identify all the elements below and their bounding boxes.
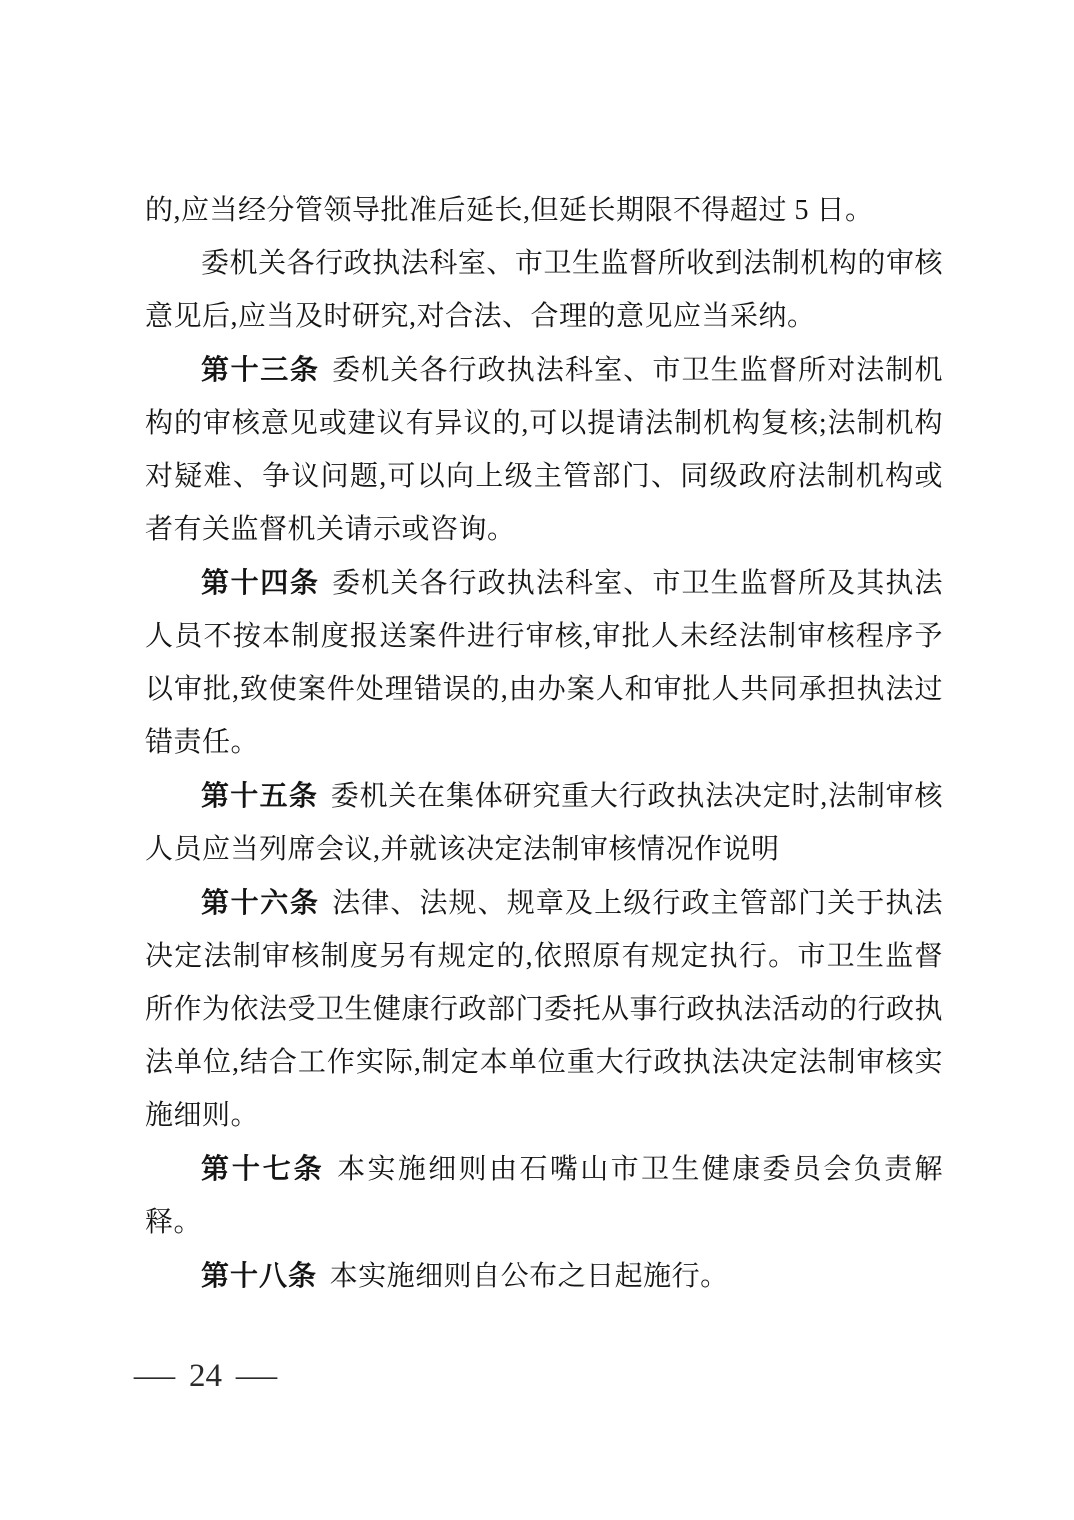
article-14-label: 第十四条	[201, 567, 319, 598]
article-13-label: 第十三条	[201, 354, 319, 385]
article-18-paragraph: 第十八条本实施细则自公布之日起施行。	[145, 1249, 943, 1303]
paragraph-continuation: 的,应当经分管领导批准后延长,但延长期限不得超过 5 日。	[145, 184, 943, 237]
article-17-paragraph: 第十七条本实施细则由石嘴山市卫生健康委员会负责解释。	[145, 1142, 943, 1249]
paragraph-text: 法律、法规、规章及上级行政主管部门关于执法决定法制审核制度另有规定的,依照原有规…	[145, 888, 943, 1131]
page-footer: — 24 —	[138, 1352, 273, 1400]
paragraph-text: 本实施细则自公布之日起施行。	[330, 1261, 729, 1292]
article-16-paragraph: 第十六条法律、法规、规章及上级行政主管部门关于执法决定法制审核制度另有规定的,依…	[145, 876, 943, 1142]
page-number: 24	[189, 1352, 222, 1400]
paragraph: 委机关各行政执法科室、市卫生监督所收到法制机构的审核意见后,应当及时研究,对合法…	[145, 237, 943, 343]
article-13-paragraph: 第十三条委机关各行政执法科室、市卫生监督所对法制机构的审核意见或建议有异议的,可…	[145, 343, 943, 556]
article-17-label: 第十七条	[201, 1153, 325, 1184]
footer-dash-left: —	[134, 1352, 175, 1400]
document-text-block: 的,应当经分管领导批准后延长,但延长期限不得超过 5 日。 委机关各行政执法科室…	[145, 184, 943, 1303]
article-14-paragraph: 第十四条委机关各行政执法科室、市卫生监督所及其执法人员不按本制度报送案件进行审核…	[145, 556, 943, 769]
article-15-label: 第十五条	[201, 780, 318, 811]
footer-dash-right: —	[236, 1352, 277, 1400]
paragraph-text: 的,应当经分管领导批准后延长,但延长期限不得超过 5 日。	[145, 195, 874, 226]
article-15-paragraph: 第十五条委机关在集体研究重大行政执法决定时,法制审核人员应当列席会议,并就该决定…	[145, 769, 943, 876]
document-page: 的,应当经分管领导批准后延长,但延长期限不得超过 5 日。 委机关各行政执法科室…	[0, 0, 1074, 1520]
article-16-label: 第十六条	[201, 887, 319, 918]
paragraph-text: 委机关各行政执法科室、市卫生监督所收到法制机构的审核意见后,应当及时研究,对合法…	[145, 248, 943, 332]
article-18-label: 第十八条	[201, 1260, 317, 1291]
